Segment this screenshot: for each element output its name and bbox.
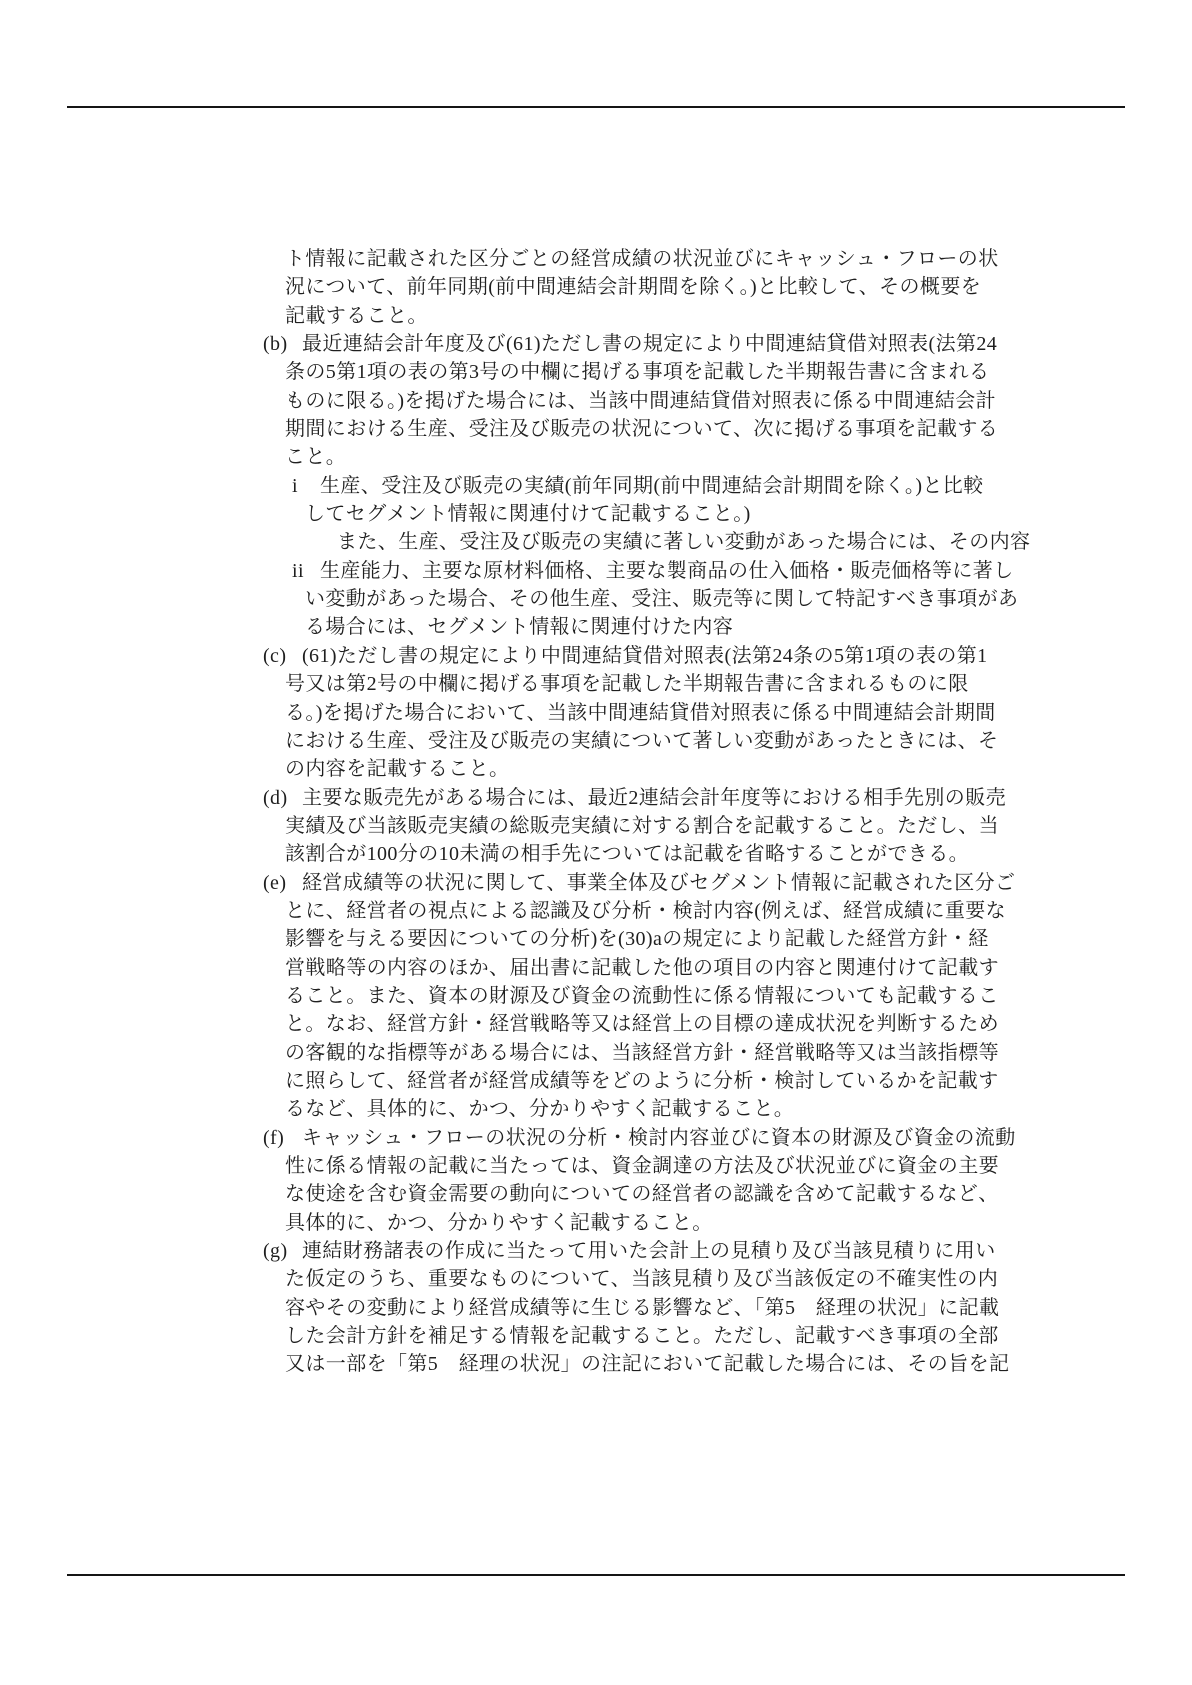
text-line: (d)主要な販売先がある場合には、最近2連結会計年度等における相手先別の販売 bbox=[285, 784, 985, 812]
item-marker: i bbox=[292, 472, 298, 500]
text-line: (f)キャッシュ・フローの状況の分析・検討内容並びに資本の財源及び資金の流動 bbox=[285, 1124, 985, 1152]
text-line: 営戦略等の内容のほか、届出書に記載した他の項目の内容と関連付けて記載す bbox=[285, 954, 985, 982]
text-line: た仮定のうち、重要なものについて、当該見積り及び当該仮定の不確実性の内 bbox=[285, 1265, 985, 1293]
text-line: こと。 bbox=[285, 443, 985, 471]
text-line: とに、経営者の視点による認識及び分析・検討内容(例えば、経営成績に重要な bbox=[285, 897, 985, 925]
item-marker: (e) bbox=[263, 869, 286, 897]
text-line: る。)を掲げた場合において、当該中間連結貸借対照表に係る中間連結会計期間 bbox=[285, 699, 985, 727]
item-marker: (g) bbox=[263, 1237, 288, 1265]
item-marker: ii bbox=[292, 557, 304, 585]
text-line: 条の5第1項の表の第3号の中欄に掲げる事項を記載した半期報告書に含まれる bbox=[285, 358, 985, 386]
paragraph: また、生産、受注及び販売の実績に著しい変動があった場合には、その内容 bbox=[337, 528, 985, 556]
text-line: る場合には、セグメント情報に関連付けた内容 bbox=[305, 613, 985, 641]
text-line: 号又は第2号の中欄に掲げる事項を記載した半期報告書に含まれるものに限 bbox=[285, 670, 985, 698]
text-line: 該割合が100分の10未満の相手先については記載を省略することができる。 bbox=[285, 840, 985, 868]
text-line: (b)最近連結会計年度及び(61)ただし書の規定により中間連結貸借対照表(法第2… bbox=[285, 330, 985, 358]
text-line: 性に係る情報の記載に当たっては、資金調達の方法及び状況並びに資金の主要 bbox=[285, 1152, 985, 1180]
text-line: (c)(61)ただし書の規定により中間連結貸借対照表(法第24条の5第1項の表の… bbox=[285, 642, 985, 670]
item-marker: (d) bbox=[263, 784, 288, 812]
text-line: るなど、具体的に、かつ、分かりやすく記載すること。 bbox=[285, 1095, 985, 1123]
item-marker: (c) bbox=[263, 642, 286, 670]
text-line: ること。また、資本の財源及び資金の流動性に係る情報についても記載するこ bbox=[285, 982, 985, 1010]
text-line: (g)連結財務諸表の作成に当たって用いた会計上の見積り及び当該見積りに用い bbox=[285, 1237, 985, 1265]
text-line: ものに限る。)を掲げた場合には、当該中間連結貸借対照表に係る中間連結会計 bbox=[285, 387, 985, 415]
text-line: における生産、受注及び販売の実績について著しい変動があったときには、そ bbox=[285, 727, 985, 755]
list-item-d: (d)主要な販売先がある場合には、最近2連結会計年度等における相手先別の販売実績… bbox=[285, 784, 985, 869]
text-line: 又は一部を「第5 経理の状況」の注記において記載した場合には、その旨を記 bbox=[285, 1350, 985, 1378]
text-line: と。なお、経営方針・経営戦略等又は経営上の目標の達成状況を判断するため bbox=[285, 1010, 985, 1038]
text-line: 影響を与える要因についての分析)を(30)aの規定により記載した経営方針・経 bbox=[285, 925, 985, 953]
text-line: また、生産、受注及び販売の実績に著しい変動があった場合には、その内容 bbox=[337, 528, 985, 556]
document-page: ト情報に記載された区分ごとの経営成績の状況並びにキャッシュ・フローの状況について… bbox=[0, 0, 1192, 1685]
text-line: (e)経営成績等の状況に関して、事業全体及びセグメント情報に記載された区分ご bbox=[285, 869, 985, 897]
paragraph: ト情報に記載された区分ごとの経営成績の状況並びにキャッシュ・フローの状況について… bbox=[285, 245, 985, 330]
list-item-b: (b)最近連結会計年度及び(61)ただし書の規定により中間連結貸借対照表(法第2… bbox=[285, 330, 985, 472]
item-marker: (b) bbox=[263, 330, 288, 358]
text-line: 期間における生産、受注及び販売の状況について、次に掲げる事項を記載する bbox=[285, 415, 985, 443]
list-item-e: (e)経営成績等の状況に関して、事業全体及びセグメント情報に記載された区分ごとに… bbox=[285, 869, 985, 1124]
document-body: ト情報に記載された区分ごとの経営成績の状況並びにキャッシュ・フローの状況について… bbox=[285, 245, 985, 1379]
text-line: i生産、受注及び販売の実績(前年同期(前中間連結会計期間を除く。)と比較 bbox=[305, 472, 985, 500]
text-line: ii生産能力、主要な原材料価格、主要な製商品の仕入価格・販売価格等に著し bbox=[305, 557, 985, 585]
text-line: な使途を含む資金需要の動向についての経営者の認識を含めて記載するなど、 bbox=[285, 1180, 985, 1208]
list-item-g: (g)連結財務諸表の作成に当たって用いた会計上の見積り及び当該見積りに用いた仮定… bbox=[285, 1237, 985, 1379]
text-line: 記載すること。 bbox=[285, 302, 985, 330]
item-marker: (f) bbox=[263, 1124, 284, 1152]
text-line: い変動があった場合、その他生産、受注、販売等に関して特記すべき事項があ bbox=[305, 585, 985, 613]
text-line: した会計方針を補足する情報を記載すること。ただし、記載すべき事項の全部 bbox=[285, 1322, 985, 1350]
text-line: してセグメント情報に関連付けて記載すること。) bbox=[305, 500, 985, 528]
text-line: の客観的な指標等がある場合には、当該経営方針・経営戦略等又は当該指標等 bbox=[285, 1039, 985, 1067]
top-rule bbox=[67, 106, 1125, 108]
list-item-ii: ii生産能力、主要な原材料価格、主要な製商品の仕入価格・販売価格等に著しい変動が… bbox=[305, 557, 985, 642]
list-item-i: i生産、受注及び販売の実績(前年同期(前中間連結会計期間を除く。)と比較してセグ… bbox=[305, 472, 985, 529]
bottom-rule bbox=[67, 1574, 1125, 1576]
text-line: の内容を記載すること。 bbox=[285, 755, 985, 783]
text-line: 具体的に、かつ、分かりやすく記載すること。 bbox=[285, 1209, 985, 1237]
text-line: 実績及び当該販売実績の総販売実績に対する割合を記載すること。ただし、当 bbox=[285, 812, 985, 840]
list-item-c: (c)(61)ただし書の規定により中間連結貸借対照表(法第24条の5第1項の表の… bbox=[285, 642, 985, 784]
list-item-f: (f)キャッシュ・フローの状況の分析・検討内容並びに資本の財源及び資金の流動性に… bbox=[285, 1124, 985, 1237]
text-line: に照らして、経営者が経営成績等をどのように分析・検討しているかを記載す bbox=[285, 1067, 985, 1095]
text-line: 況について、前年同期(前中間連結会計期間を除く。)と比較して、その概要を bbox=[285, 273, 985, 301]
text-line: ト情報に記載された区分ごとの経営成績の状況並びにキャッシュ・フローの状 bbox=[285, 245, 985, 273]
text-line: 容やその変動により経営成績等に生じる影響など、「第5 経理の状況」に記載 bbox=[285, 1294, 985, 1322]
